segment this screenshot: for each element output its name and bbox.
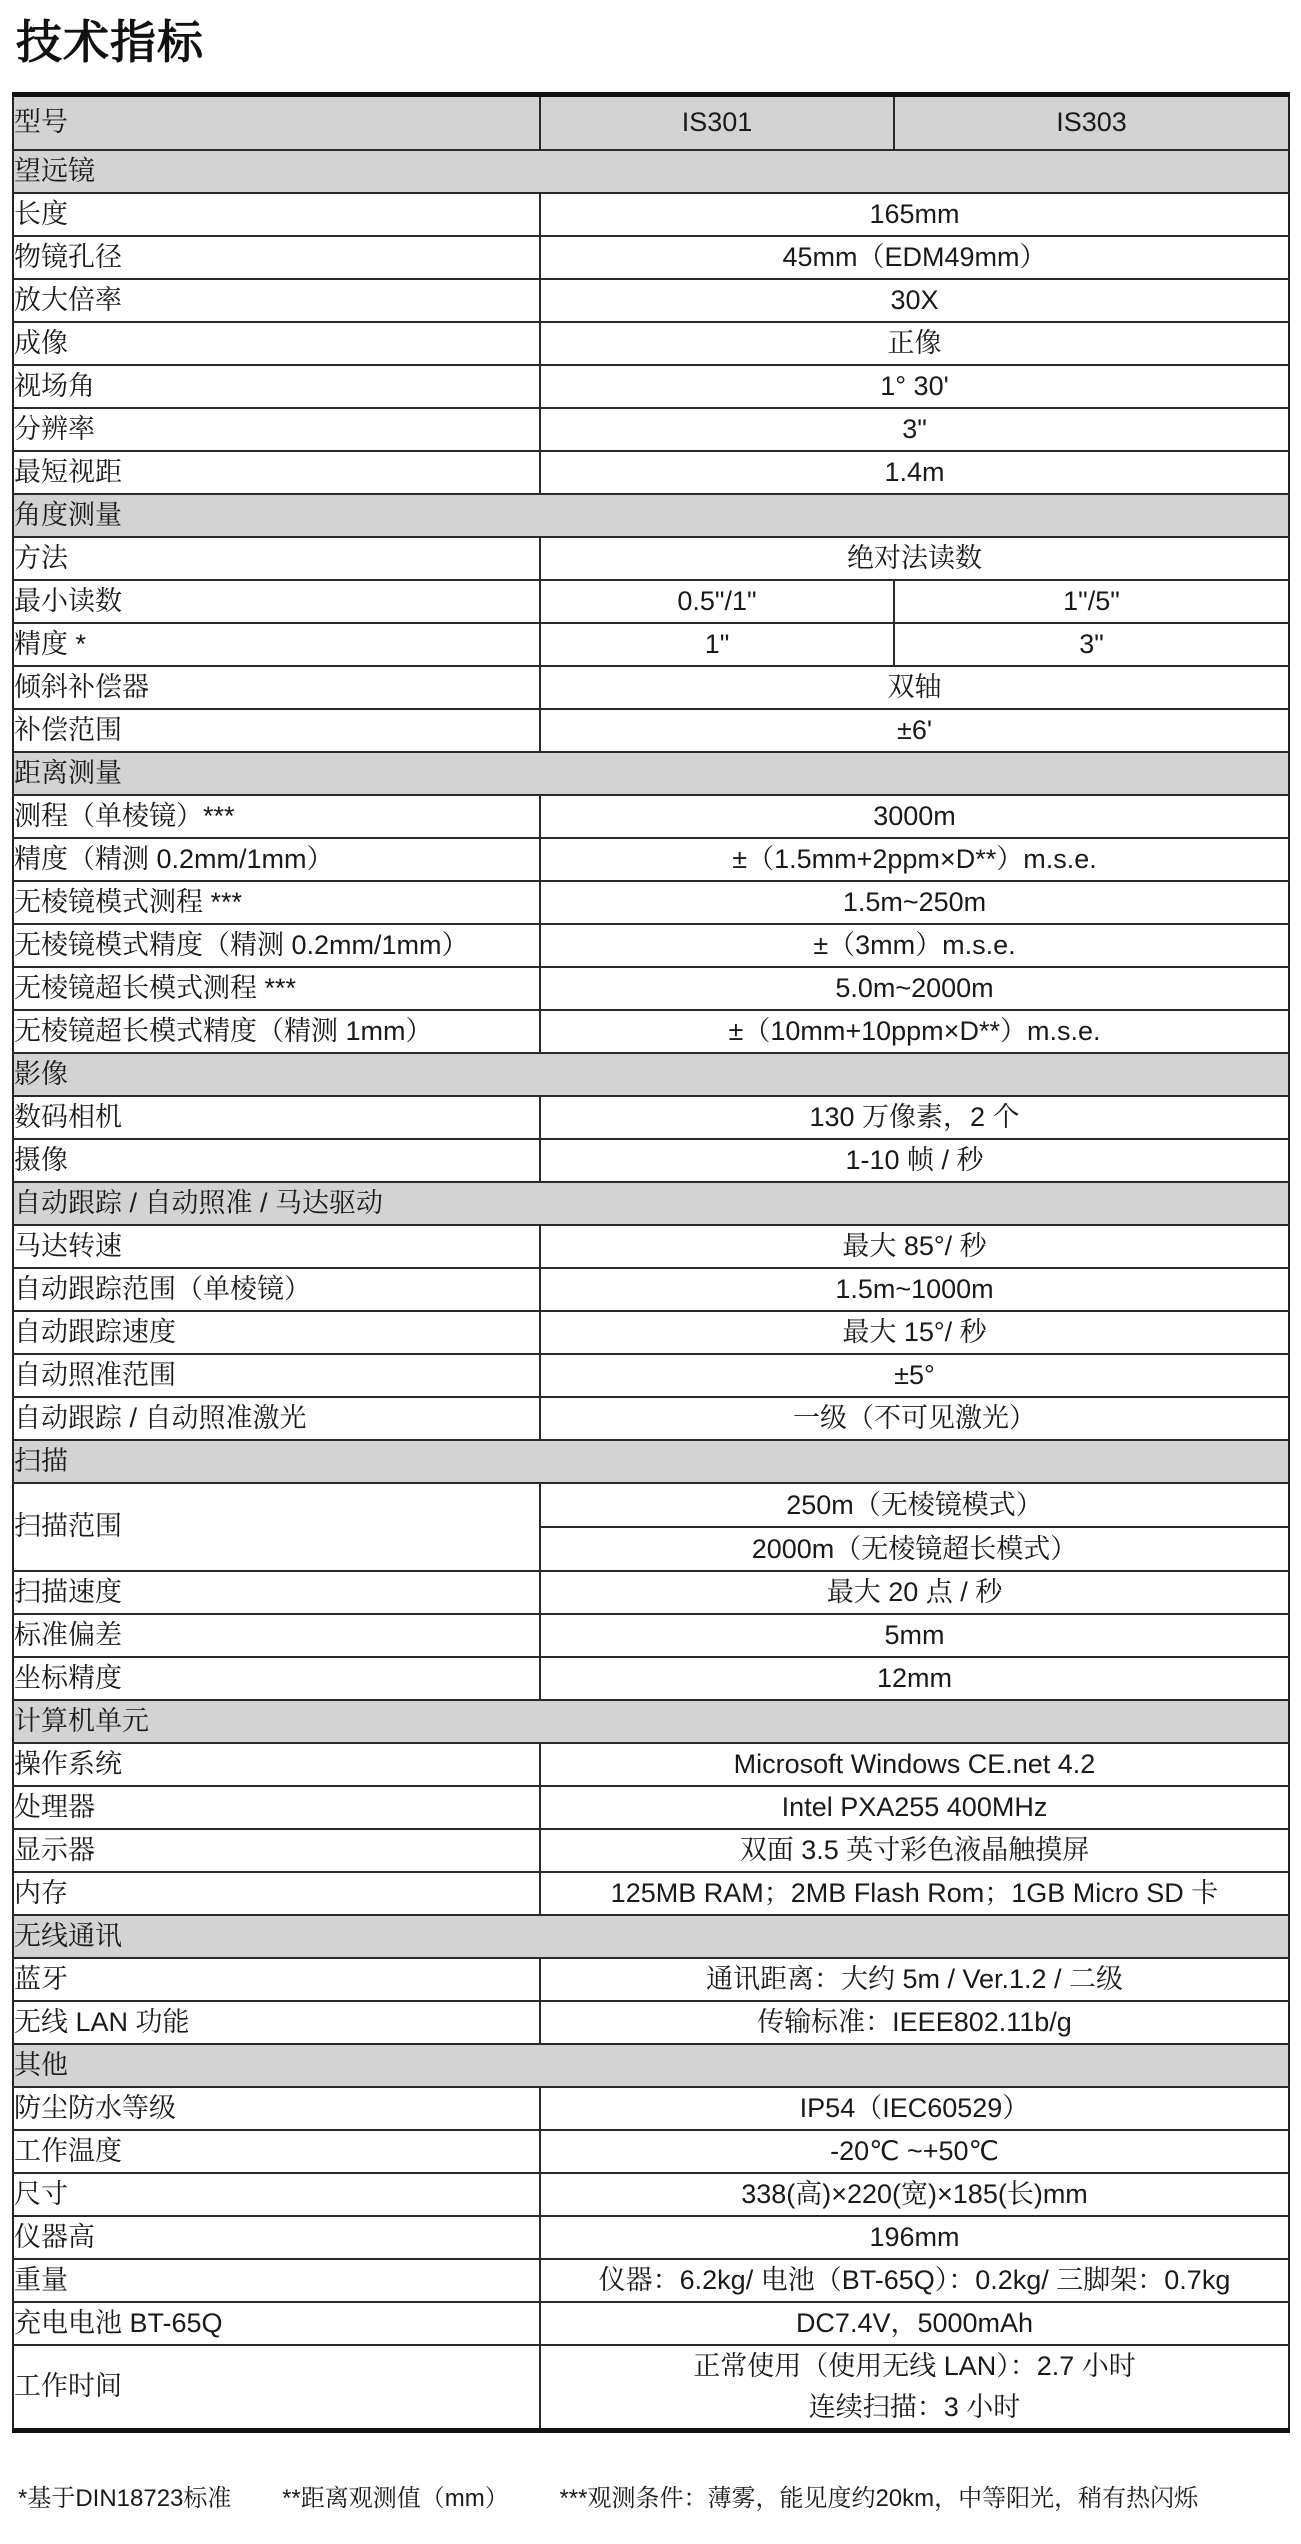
spec-value: ±（3mm）m.s.e.	[540, 924, 1289, 967]
spec-value: 正常使用（使用无线 LAN）：2.7 小时连续扫描：3 小时	[540, 2345, 1289, 2431]
spec-row: 精度 *1"3"	[13, 623, 1289, 666]
section-header: 望远镜	[13, 150, 1289, 193]
spec-label: 处理器	[13, 1786, 540, 1829]
spec-value: 一级（不可见激光）	[540, 1397, 1289, 1440]
spec-row: 仪器高196mm	[13, 2216, 1289, 2259]
spec-value: 45mm（EDM49mm）	[540, 236, 1289, 279]
spec-value-split: 250m（无棱镜模式）2000m（无棱镜超长模式）	[540, 1483, 1289, 1571]
spec-label: 内存	[13, 1872, 540, 1915]
spec-sheet-page: 技术指标 型号 IS301 IS303 望远镜长度165mm物镜孔径45mm（E…	[0, 0, 1301, 2544]
spec-label: 显示器	[13, 1829, 540, 1872]
spec-row: 无线 LAN 功能传输标准：IEEE802.11b/g	[13, 2001, 1289, 2044]
spec-row: 摄像1-10 帧 / 秒	[13, 1139, 1289, 1182]
footnote-accuracy-standard: *基于DIN18723标准	[18, 2478, 231, 2513]
spec-value: 最大 20 点 / 秒	[540, 1571, 1289, 1614]
spec-value: 双面 3.5 英寸彩色液晶触摸屏	[540, 1829, 1289, 1872]
section-header: 影像	[13, 1053, 1289, 1096]
spec-label: 扫描速度	[13, 1571, 540, 1614]
spec-row: 放大倍率30X	[13, 279, 1289, 322]
spec-value: 196mm	[540, 2216, 1289, 2259]
spec-label: 物镜孔径	[13, 236, 540, 279]
spec-value-is303: 1"/5"	[894, 580, 1289, 623]
spec-row: 显示器双面 3.5 英寸彩色液晶触摸屏	[13, 1829, 1289, 1872]
spec-label: 操作系统	[13, 1743, 540, 1786]
spec-label: 成像	[13, 322, 540, 365]
spec-row: 最小读数0.5"/1"1"/5"	[13, 580, 1289, 623]
section-header: 距离测量	[13, 752, 1289, 795]
spec-label: 最小读数	[13, 580, 540, 623]
section-row: 影像	[13, 1053, 1289, 1096]
footnotes: *基于DIN18723标准 **距离观测值（mm） ***观测条件：薄雾，能见度…	[18, 2478, 1288, 2513]
spec-row: 重量仪器：6.2kg/ 电池（BT-65Q）：0.2kg/ 三脚架：0.7kg	[13, 2259, 1289, 2302]
spec-row: 无棱镜模式测程 ***1.5m~250m	[13, 881, 1289, 924]
spec-label: 无棱镜超长模式精度（精测 1mm）	[13, 1010, 540, 1053]
footnote-observation-conditions: ***观测条件：薄雾，能见度约20km，中等阳光，稍有热闪烁	[559, 2478, 1198, 2513]
spec-value: 最大 85°/ 秒	[540, 1225, 1289, 1268]
spec-row: 坐标精度12mm	[13, 1657, 1289, 1700]
spec-row: 自动跟踪范围（单棱镜）1.5m~1000m	[13, 1268, 1289, 1311]
spec-label: 坐标精度	[13, 1657, 540, 1700]
spec-value: 最大 15°/ 秒	[540, 1311, 1289, 1354]
section-row: 无线通讯	[13, 1915, 1289, 1958]
spec-row: 工作温度-20℃ ~+50℃	[13, 2130, 1289, 2173]
spec-value: 3000m	[540, 795, 1289, 838]
spec-label: 自动跟踪 / 自动照准激光	[13, 1397, 540, 1440]
section-header: 计算机单元	[13, 1700, 1289, 1743]
spec-label: 蓝牙	[13, 1958, 540, 2001]
spec-row: 无棱镜超长模式精度（精测 1mm）±（10mm+10ppm×D**）m.s.e.	[13, 1010, 1289, 1053]
spec-value: 30X	[540, 279, 1289, 322]
spec-label: 尺寸	[13, 2173, 540, 2216]
section-header: 自动跟踪 / 自动照准 / 马达驱动	[13, 1182, 1289, 1225]
spec-label: 最短视距	[13, 451, 540, 494]
spec-row: 分辨率3"	[13, 408, 1289, 451]
spec-value: 双轴	[540, 666, 1289, 709]
spec-row: 精度（精测 0.2mm/1mm）±（1.5mm+2ppm×D**）m.s.e.	[13, 838, 1289, 881]
spec-row: 操作系统Microsoft Windows CE.net 4.2	[13, 1743, 1289, 1786]
spec-value: 1-10 帧 / 秒	[540, 1139, 1289, 1182]
spec-value-line: 2000m（无棱镜超长模式）	[541, 1526, 1288, 1570]
section-header: 其他	[13, 2044, 1289, 2087]
spec-row: 工作时间正常使用（使用无线 LAN）：2.7 小时连续扫描：3 小时	[13, 2345, 1289, 2431]
model-name-is303: IS303	[894, 95, 1289, 151]
spec-value: 338(高)×220(宽)×185(长)mm	[540, 2173, 1289, 2216]
spec-row: 物镜孔径45mm（EDM49mm）	[13, 236, 1289, 279]
spec-label: 充电电池 BT-65Q	[13, 2302, 540, 2345]
spec-value-line: 250m（无棱镜模式）	[541, 1484, 1288, 1526]
spec-label: 无线 LAN 功能	[13, 2001, 540, 2044]
model-header-row: 型号 IS301 IS303	[13, 95, 1289, 151]
spec-value: 12mm	[540, 1657, 1289, 1700]
spec-table: 型号 IS301 IS303 望远镜长度165mm物镜孔径45mm（EDM49m…	[12, 92, 1290, 2433]
spec-row: 倾斜补偿器双轴	[13, 666, 1289, 709]
spec-value: 传输标准：IEEE802.11b/g	[540, 2001, 1289, 2044]
spec-row: 防尘防水等级IP54（IEC60529）	[13, 2087, 1289, 2130]
section-row: 其他	[13, 2044, 1289, 2087]
spec-label: 自动照准范围	[13, 1354, 540, 1397]
section-header: 角度测量	[13, 494, 1289, 537]
spec-value: 1.5m~1000m	[540, 1268, 1289, 1311]
spec-row: 无棱镜超长模式测程 ***5.0m~2000m	[13, 967, 1289, 1010]
spec-value-is301: 1"	[540, 623, 894, 666]
spec-label: 仪器高	[13, 2216, 540, 2259]
spec-value-is303: 3"	[894, 623, 1289, 666]
spec-value: 1° 30'	[540, 365, 1289, 408]
spec-row: 成像正像	[13, 322, 1289, 365]
spec-label: 无棱镜模式测程 ***	[13, 881, 540, 924]
spec-label: 测程（单棱镜）***	[13, 795, 540, 838]
spec-value: IP54（IEC60529）	[540, 2087, 1289, 2130]
spec-value: Intel PXA255 400MHz	[540, 1786, 1289, 1829]
section-row: 计算机单元	[13, 1700, 1289, 1743]
spec-label: 马达转速	[13, 1225, 540, 1268]
spec-label: 工作温度	[13, 2130, 540, 2173]
spec-label: 补偿范围	[13, 709, 540, 752]
spec-value: Microsoft Windows CE.net 4.2	[540, 1743, 1289, 1786]
spec-row: 内存125MB RAM；2MB Flash Rom；1GB Micro SD 卡	[13, 1872, 1289, 1915]
spec-row: 扫描速度最大 20 点 / 秒	[13, 1571, 1289, 1614]
spec-label: 放大倍率	[13, 279, 540, 322]
spec-row: 方法绝对法读数	[13, 537, 1289, 580]
section-header: 无线通讯	[13, 1915, 1289, 1958]
spec-value: 130 万像素，2 个	[540, 1096, 1289, 1139]
section-row: 自动跟踪 / 自动照准 / 马达驱动	[13, 1182, 1289, 1225]
model-name-is301: IS301	[540, 95, 894, 151]
section-row: 扫描	[13, 1440, 1289, 1483]
spec-value-line: 连续扫描：3 小时	[541, 2387, 1288, 2428]
spec-row: 蓝牙通讯距离：大约 5m / Ver.1.2 / 二级	[13, 1958, 1289, 2001]
spec-value-line: 正常使用（使用无线 LAN）：2.7 小时	[541, 2346, 1288, 2387]
spec-label: 重量	[13, 2259, 540, 2302]
spec-label: 自动跟踪速度	[13, 1311, 540, 1354]
spec-value: ±（1.5mm+2ppm×D**）m.s.e.	[540, 838, 1289, 881]
section-row: 望远镜	[13, 150, 1289, 193]
spec-row: 无棱镜模式精度（精测 0.2mm/1mm）±（3mm）m.s.e.	[13, 924, 1289, 967]
spec-label: 扫描范围	[13, 1483, 540, 1571]
spec-row: 自动照准范围±5°	[13, 1354, 1289, 1397]
spec-label: 标准偏差	[13, 1614, 540, 1657]
footnote-distance-observation: **距离观测值（mm）	[282, 2478, 509, 2513]
spec-row: 最短视距1.4m	[13, 451, 1289, 494]
spec-label: 工作时间	[13, 2345, 540, 2431]
spec-label: 精度 *	[13, 623, 540, 666]
spec-row: 补偿范围±6'	[13, 709, 1289, 752]
spec-value: 5mm	[540, 1614, 1289, 1657]
spec-label: 无棱镜超长模式测程 ***	[13, 967, 540, 1010]
spec-row: 长度165mm	[13, 193, 1289, 236]
spec-value: 通讯距离：大约 5m / Ver.1.2 / 二级	[540, 1958, 1289, 2001]
spec-value: 5.0m~2000m	[540, 967, 1289, 1010]
spec-value: 绝对法读数	[540, 537, 1289, 580]
spec-row: 马达转速最大 85°/ 秒	[13, 1225, 1289, 1268]
spec-value: 1.4m	[540, 451, 1289, 494]
spec-row: 数码相机130 万像素，2 个	[13, 1096, 1289, 1139]
spec-label: 数码相机	[13, 1096, 540, 1139]
spec-label: 倾斜补偿器	[13, 666, 540, 709]
spec-value: 3"	[540, 408, 1289, 451]
spec-value: ±（10mm+10ppm×D**）m.s.e.	[540, 1010, 1289, 1053]
spec-row: 视场角1° 30'	[13, 365, 1289, 408]
spec-label: 摄像	[13, 1139, 540, 1182]
spec-value: 正像	[540, 322, 1289, 365]
spec-label: 自动跟踪范围（单棱镜）	[13, 1268, 540, 1311]
spec-value: ±6'	[540, 709, 1289, 752]
section-row: 角度测量	[13, 494, 1289, 537]
spec-row: 充电电池 BT-65QDC7.4V，5000mAh	[13, 2302, 1289, 2345]
spec-label: 防尘防水等级	[13, 2087, 540, 2130]
spec-row: 测程（单棱镜）***3000m	[13, 795, 1289, 838]
section-header: 扫描	[13, 1440, 1289, 1483]
spec-row: 标准偏差5mm	[13, 1614, 1289, 1657]
spec-row: 扫描范围250m（无棱镜模式）2000m（无棱镜超长模式）	[13, 1483, 1289, 1571]
page-title: 技术指标	[16, 6, 204, 72]
spec-value: DC7.4V，5000mAh	[540, 2302, 1289, 2345]
spec-value: 125MB RAM；2MB Flash Rom；1GB Micro SD 卡	[540, 1872, 1289, 1915]
spec-row: 自动跟踪 / 自动照准激光一级（不可见激光）	[13, 1397, 1289, 1440]
spec-row: 自动跟踪速度最大 15°/ 秒	[13, 1311, 1289, 1354]
spec-value: 1.5m~250m	[540, 881, 1289, 924]
spec-value-is301: 0.5"/1"	[540, 580, 894, 623]
spec-label: 精度（精测 0.2mm/1mm）	[13, 838, 540, 881]
spec-value: -20℃ ~+50℃	[540, 2130, 1289, 2173]
model-header-label: 型号	[13, 95, 540, 151]
spec-label: 视场角	[13, 365, 540, 408]
spec-value: ±5°	[540, 1354, 1289, 1397]
spec-label: 方法	[13, 537, 540, 580]
spec-label: 无棱镜模式精度（精测 0.2mm/1mm）	[13, 924, 540, 967]
spec-value: 仪器：6.2kg/ 电池（BT-65Q）：0.2kg/ 三脚架：0.7kg	[540, 2259, 1289, 2302]
spec-label: 长度	[13, 193, 540, 236]
spec-label: 分辨率	[13, 408, 540, 451]
spec-row: 尺寸338(高)×220(宽)×185(长)mm	[13, 2173, 1289, 2216]
spec-row: 处理器Intel PXA255 400MHz	[13, 1786, 1289, 1829]
spec-value: 165mm	[540, 193, 1289, 236]
section-row: 距离测量	[13, 752, 1289, 795]
